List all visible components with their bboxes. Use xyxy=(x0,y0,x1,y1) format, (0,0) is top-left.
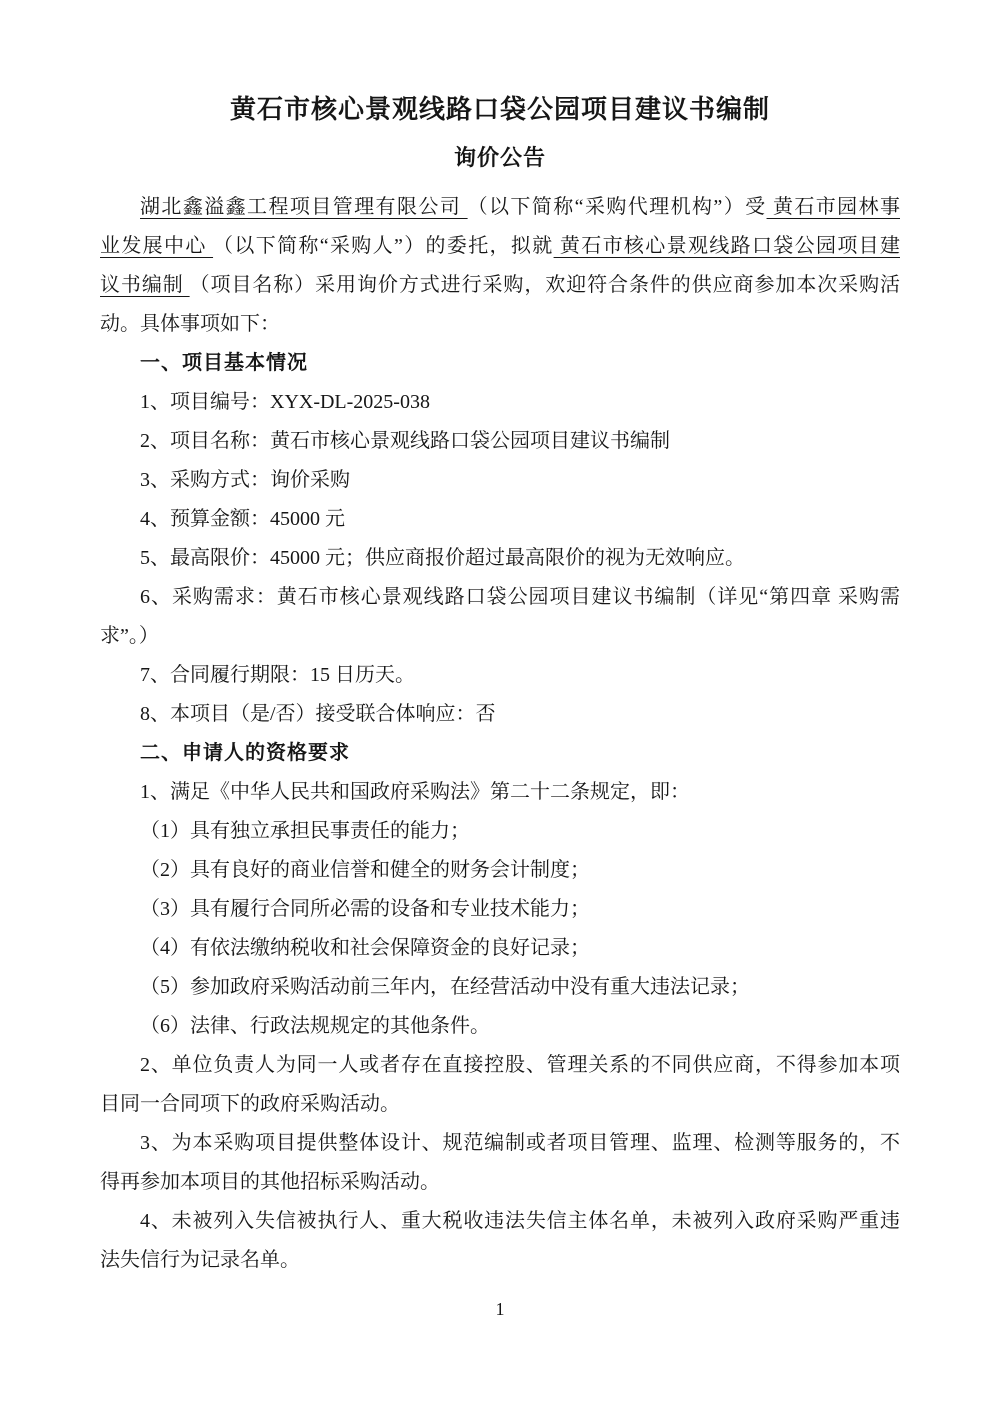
text-segment: 2、单位负责人为同一人或者存在直接控股、管理关系的不同供应商，不得参加本项 xyxy=(140,1054,900,1076)
text-segment: 3、为本采购项目提供整体设计、规范编制或者项目管理、监理、检测等服务的，不 xyxy=(140,1132,900,1154)
intro-line-1: 湖北鑫溢鑫工程项目管理有限公司 （以下简称“采购代理机构”）受 黄石市园林事 xyxy=(100,188,900,227)
document-body: 湖北鑫溢鑫工程项目管理有限公司 （以下简称“采购代理机构”）受 黄石市园林事业发… xyxy=(100,188,900,1280)
text-segment: 8、本项目（是/否）接受联合体响应：否 xyxy=(140,703,496,725)
underlined-text: 黄石市核心景观线路口袋公园项目建 xyxy=(554,235,900,257)
s2-item-1-sub-5: （5）参加政府采购活动前三年内，在经营活动中没有重大违法记录； xyxy=(100,968,900,1007)
s1-item-2: 2、项目名称：黄石市核心景观线路口袋公园项目建议书编制 xyxy=(100,422,900,461)
intro-line-3: 议书编制 （项目名称）采用询价方式进行采购，欢迎符合条件的供应商参加本次采购活 xyxy=(100,266,900,305)
text-segment: 2、项目名称：黄石市核心景观线路口袋公园项目建议书编制 xyxy=(140,430,670,452)
s1-item-6-line-1: 6、采购需求：黄石市核心景观线路口袋公园项目建议书编制（详见“第四章 采购需 xyxy=(100,578,900,617)
s2-item-1-sub-4: （4）有依法缴纳税收和社会保障资金的良好记录； xyxy=(100,929,900,968)
text-segment: （3）具有履行合同所必需的设备和专业技术能力； xyxy=(140,898,590,920)
s1-item-6-line-2: 求”。） xyxy=(100,617,900,656)
text-segment: （5）参加政府采购活动前三年内，在经营活动中没有重大违法记录； xyxy=(140,976,750,998)
s2-item-2-line-1: 2、单位负责人为同一人或者存在直接控股、管理关系的不同供应商，不得参加本项 xyxy=(100,1046,900,1085)
text-segment: 一、项目基本情况 xyxy=(140,352,308,374)
s1-item-1: 1、项目编号：XYX-DL-2025-038 xyxy=(100,383,900,422)
text-segment: 动。具体事项如下： xyxy=(100,313,280,335)
s1-item-7: 7、合同履行期限：15 日历天。 xyxy=(100,656,900,695)
text-segment: （4）有依法缴纳税收和社会保障资金的良好记录； xyxy=(140,937,590,959)
text-segment: 得再参加本项目的其他招标采购活动。 xyxy=(100,1171,440,1193)
text-segment: （2）具有良好的商业信誉和健全的财务会计制度； xyxy=(140,859,590,881)
text-segment: （1）具有独立承担民事责任的能力； xyxy=(140,820,470,842)
text-segment: 1、项目编号：XYX-DL-2025-038 xyxy=(140,391,430,413)
text-segment: （6）法律、行政法规规定的其他条件。 xyxy=(140,1015,490,1037)
section1-heading: 一、项目基本情况 xyxy=(100,344,900,383)
text-segment: 1、满足《中华人民共和国政府采购法》第二十二条规定，即： xyxy=(140,781,690,803)
text-segment: 6、采购需求：黄石市核心景观线路口袋公园项目建议书编制（详见“第四章 采购需 xyxy=(140,586,900,608)
s2-item-1-sub-6: （6）法律、行政法规规定的其他条件。 xyxy=(100,1007,900,1046)
text-segment: （项目名称）采用询价方式进行采购，欢迎符合条件的供应商参加本次采购活 xyxy=(190,274,900,296)
s1-item-5: 5、最高限价：45000 元；供应商报价超过最高限价的视为无效响应。 xyxy=(100,539,900,578)
document-subtitle: 询价公告 xyxy=(100,138,900,178)
underlined-text: 业发展中心 xyxy=(100,235,213,257)
s1-item-3: 3、采购方式：询价采购 xyxy=(100,461,900,500)
document-page: 黄石市核心景观线路口袋公园项目建议书编制 询价公告 湖北鑫溢鑫工程项目管理有限公… xyxy=(0,0,1000,1414)
underlined-text: 议书编制 xyxy=(100,274,190,296)
s2-item-3-line-1: 3、为本采购项目提供整体设计、规范编制或者项目管理、监理、检测等服务的，不 xyxy=(100,1124,900,1163)
intro-line-2: 业发展中心 （以下简称“采购人”）的委托，拟就 黄石市核心景观线路口袋公园项目建 xyxy=(100,227,900,266)
section2-heading: 二、申请人的资格要求 xyxy=(100,734,900,773)
text-segment: 7、合同履行期限：15 日历天。 xyxy=(140,664,415,686)
text-segment: 求”。） xyxy=(100,625,159,647)
text-segment: 4、未被列入失信被执行人、重大税收违法失信主体名单，未被列入政府采购严重违 xyxy=(140,1210,900,1232)
text-segment: （以下简称“采购人”）的委托，拟就 xyxy=(213,235,554,257)
text-segment: 4、预算金额：45000 元 xyxy=(140,508,345,530)
text-segment: 5、最高限价：45000 元；供应商报价超过最高限价的视为无效响应。 xyxy=(140,547,745,569)
underlined-text: 湖北鑫溢鑫工程项目管理有限公司 xyxy=(140,196,468,218)
s2-item-1: 1、满足《中华人民共和国政府采购法》第二十二条规定，即： xyxy=(100,773,900,812)
intro-line-4: 动。具体事项如下： xyxy=(100,305,900,344)
s2-item-2-line-2: 目同一合同项下的政府采购活动。 xyxy=(100,1085,900,1124)
s2-item-1-sub-3: （3）具有履行合同所必需的设备和专业技术能力； xyxy=(100,890,900,929)
s2-item-4-line-1: 4、未被列入失信被执行人、重大税收违法失信主体名单，未被列入政府采购严重违 xyxy=(100,1202,900,1241)
s2-item-1-sub-2: （2）具有良好的商业信誉和健全的财务会计制度； xyxy=(100,851,900,890)
text-segment: 目同一合同项下的政府采购活动。 xyxy=(100,1093,400,1115)
underlined-text: 黄石市园林事 xyxy=(767,196,900,218)
text-segment: 法失信行为记录名单。 xyxy=(100,1249,300,1271)
text-segment: （以下简称“采购代理机构”）受 xyxy=(468,196,767,218)
s2-item-1-sub-1: （1）具有独立承担民事责任的能力； xyxy=(100,812,900,851)
page-number: 1 xyxy=(0,1296,1000,1322)
s2-item-3-line-2: 得再参加本项目的其他招标采购活动。 xyxy=(100,1163,900,1202)
document-title: 黄石市核心景观线路口袋公园项目建议书编制 xyxy=(100,90,900,130)
text-segment: 二、申请人的资格要求 xyxy=(140,742,350,764)
s1-item-4: 4、预算金额：45000 元 xyxy=(100,500,900,539)
s2-item-4-line-2: 法失信行为记录名单。 xyxy=(100,1241,900,1280)
text-segment: 3、采购方式：询价采购 xyxy=(140,469,350,491)
s1-item-8: 8、本项目（是/否）接受联合体响应：否 xyxy=(100,695,900,734)
